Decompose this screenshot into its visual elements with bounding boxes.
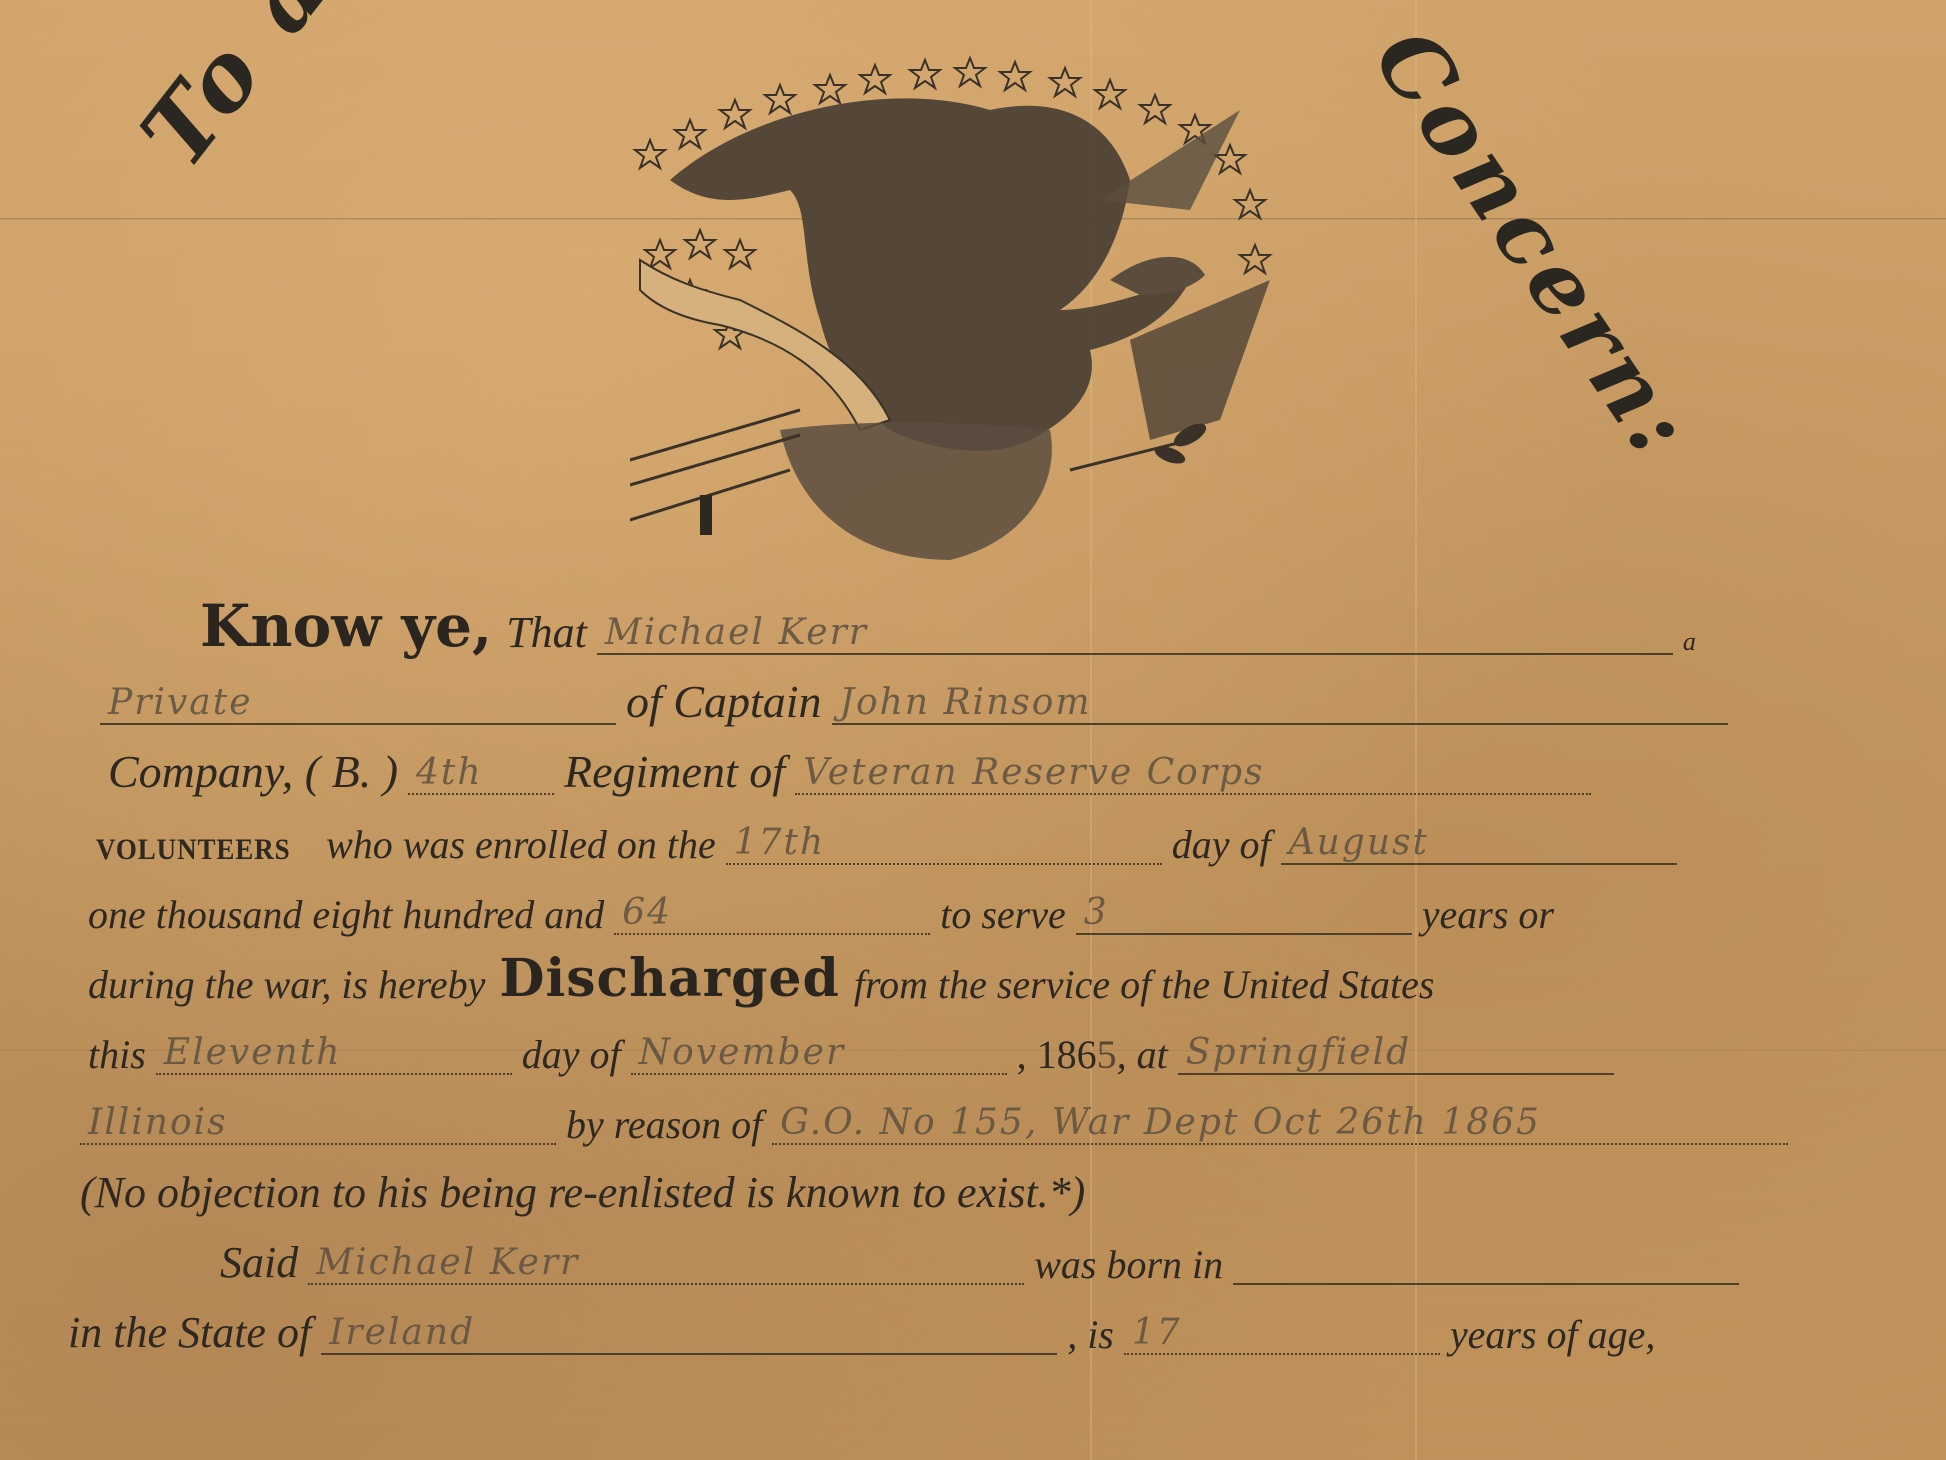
- enrolled-day-field: 17th: [726, 825, 1162, 865]
- captain-name-field: John Rinsom: [832, 685, 1728, 725]
- regiment-number-field: 4th: [408, 755, 554, 795]
- printed-by-reason-of: by reason of: [566, 1105, 762, 1145]
- line-end-mark: a: [1683, 629, 1696, 655]
- printed-was-born-in: was born in: [1034, 1245, 1223, 1285]
- line-reason: Illinois by reason of G.O. No 155, War D…: [80, 1085, 1826, 1145]
- birth-state-field: Ireland: [321, 1315, 1057, 1355]
- printed-in-state-of: in the State of: [68, 1311, 311, 1355]
- know-ye-heading: Know ye,: [200, 597, 492, 655]
- eagle-emblem-icon: [630, 40, 1310, 580]
- rank-field: Private: [100, 685, 616, 725]
- printed-said: Said: [220, 1241, 298, 1285]
- line-discharge-date: this Eleventh day of November , 186 5 , …: [88, 1015, 1826, 1075]
- enrolled-year-field: 64: [614, 895, 930, 935]
- said-name-field: Michael Kerr: [308, 1245, 1024, 1285]
- discharged-heading: Discharged: [499, 953, 839, 1005]
- soldier-name-field: Michael Kerr: [597, 615, 1673, 655]
- discharge-reason-field: G.O. No 155, War Dept Oct 26th 1865: [772, 1105, 1788, 1145]
- discharge-day-field: Eleventh: [156, 1035, 512, 1075]
- line-no-objection: (No objection to his being re-enlisted i…: [80, 1155, 1826, 1215]
- term-years-field: 3: [1076, 895, 1412, 935]
- printed-day-of: day of: [522, 1035, 621, 1075]
- discharge-year-digit: 5: [1097, 1035, 1117, 1075]
- printed-enrolled: who was enrolled on the: [326, 825, 716, 865]
- line-company-regiment: Company, ( B. ) 4th Regiment of Veteran …: [108, 735, 1826, 795]
- printed-one-thousand: one thousand eight hundred and: [88, 895, 604, 935]
- printed-year-prefix: , 186: [1017, 1035, 1097, 1075]
- regiment-name-field: Veteran Reserve Corps: [795, 755, 1591, 795]
- printed-during-war: during the war, is hereby: [88, 965, 485, 1005]
- printed-at: , at: [1117, 1035, 1168, 1075]
- line-year-term: one thousand eight hundred and 64 to ser…: [88, 875, 1826, 935]
- printed-volunteers: VOLUNTEERS: [96, 835, 291, 865]
- printed-no-objection: (No objection to his being re-enlisted i…: [80, 1171, 1085, 1215]
- printed-company: Company, ( B. ): [108, 749, 398, 795]
- printed-that: That: [506, 611, 587, 655]
- printed-of-captain: of Captain: [626, 679, 822, 725]
- age-field: 17: [1124, 1315, 1440, 1355]
- printed-day-of: day of: [1172, 825, 1271, 865]
- printed-years-of-age: years of age,: [1450, 1315, 1656, 1355]
- printed-years-or: years or: [1422, 895, 1554, 935]
- printed-this: this: [88, 1035, 146, 1075]
- line-rank-captain: Private of Captain John Rinsom: [100, 665, 1826, 725]
- line-know-ye: Know ye, That Michael Kerr a: [200, 595, 1826, 655]
- printed-from-service: from the service of the United States: [854, 965, 1435, 1005]
- discharge-month-field: November: [631, 1035, 1007, 1075]
- printed-is: , is: [1067, 1315, 1114, 1355]
- line-state-age: in the State of Ireland , is 17 years of…: [68, 1295, 1826, 1355]
- line-enrolled: VOLUNTEERS who was enrolled on the 17th …: [96, 805, 1826, 865]
- line-born-in: Said Michael Kerr was born in: [220, 1225, 1826, 1285]
- line-discharged: during the war, is hereby Discharged fro…: [88, 945, 1826, 1005]
- discharge-place-field: Springfield: [1178, 1035, 1614, 1075]
- discharge-state-field: Illinois: [80, 1105, 556, 1145]
- enrolled-month-field: August: [1281, 825, 1677, 865]
- printed-to-serve: to serve: [940, 895, 1066, 935]
- printed-regiment-of: Regiment of: [564, 749, 785, 795]
- birthplace-field: [1233, 1281, 1739, 1285]
